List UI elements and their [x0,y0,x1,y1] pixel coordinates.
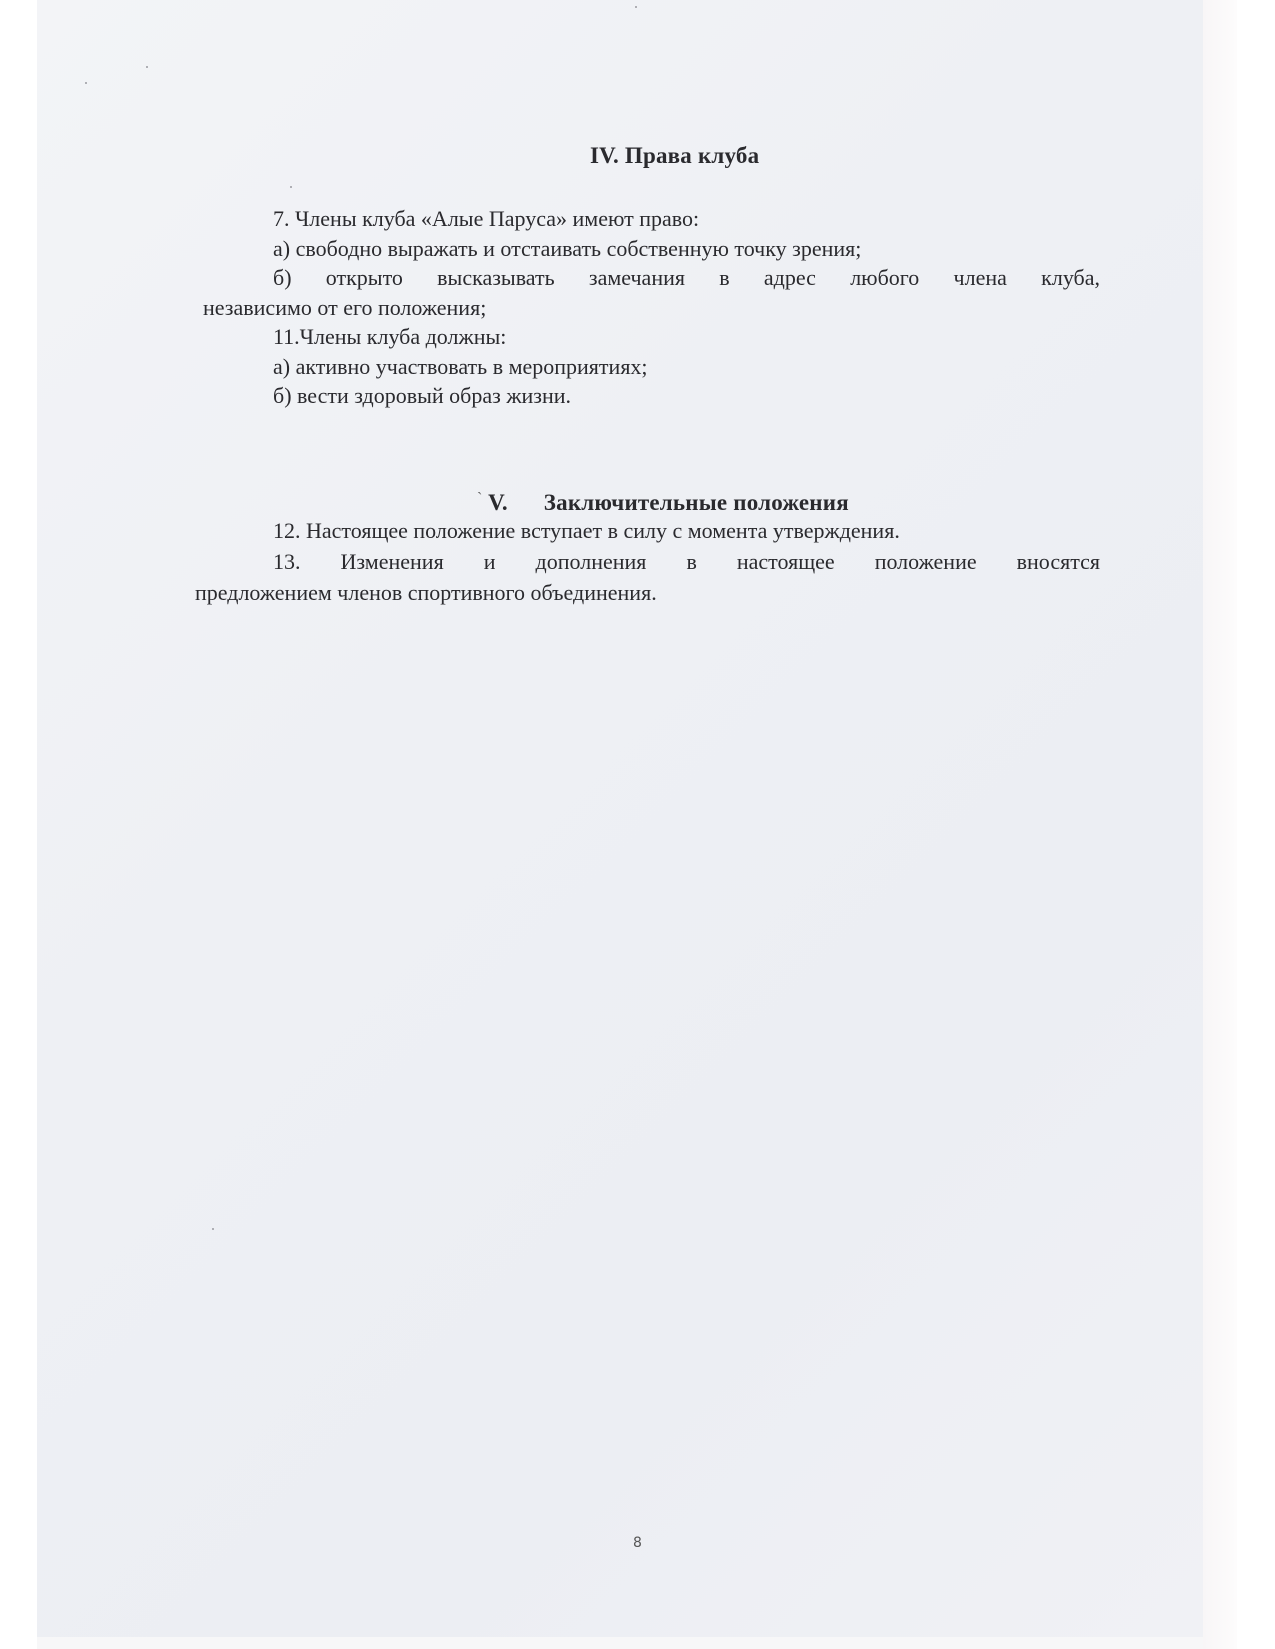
scan-speck [290,186,292,188]
scan-bottom-edge [37,1637,1203,1649]
paragraph-11: 11.Члены клуба должны: [273,326,506,348]
page-number: 8 [633,1535,642,1551]
item-11b: б) вести здоровый образ жизни. [273,385,571,407]
item-7b-continuation: независимо от его положения; [203,297,486,319]
scan-edge [1203,0,1237,1649]
section-5-title: Заключительные положения [544,490,849,515]
paragraph-13: 13. Изменения и дополнения в настоящее п… [273,551,1100,573]
section-5-number: V. [488,490,508,515]
scan-speck [635,6,637,8]
scan-speck [146,66,148,68]
paragraph-12: 12. Настоящее положение вступает в силу … [273,520,900,542]
scan-speck [85,82,87,84]
item-7a: а) свободно выражать и отстаивать собств… [273,238,861,260]
section-4-heading: IV. Права клуба [590,143,759,169]
section-5-heading: ` V. Заключительные положения [477,490,849,516]
item-7b: б) открыто высказывать замечания в адрес… [273,267,1100,289]
paragraph-7: 7. Члены клуба «Алые Паруса» имеют право… [273,208,699,230]
scan-speck [212,1228,214,1230]
item-11a: а) активно участвовать в мероприятиях; [273,356,648,378]
paragraph-13-continuation: предложением членов спортивного объедине… [195,582,657,604]
scan-mark: ` [477,490,483,507]
